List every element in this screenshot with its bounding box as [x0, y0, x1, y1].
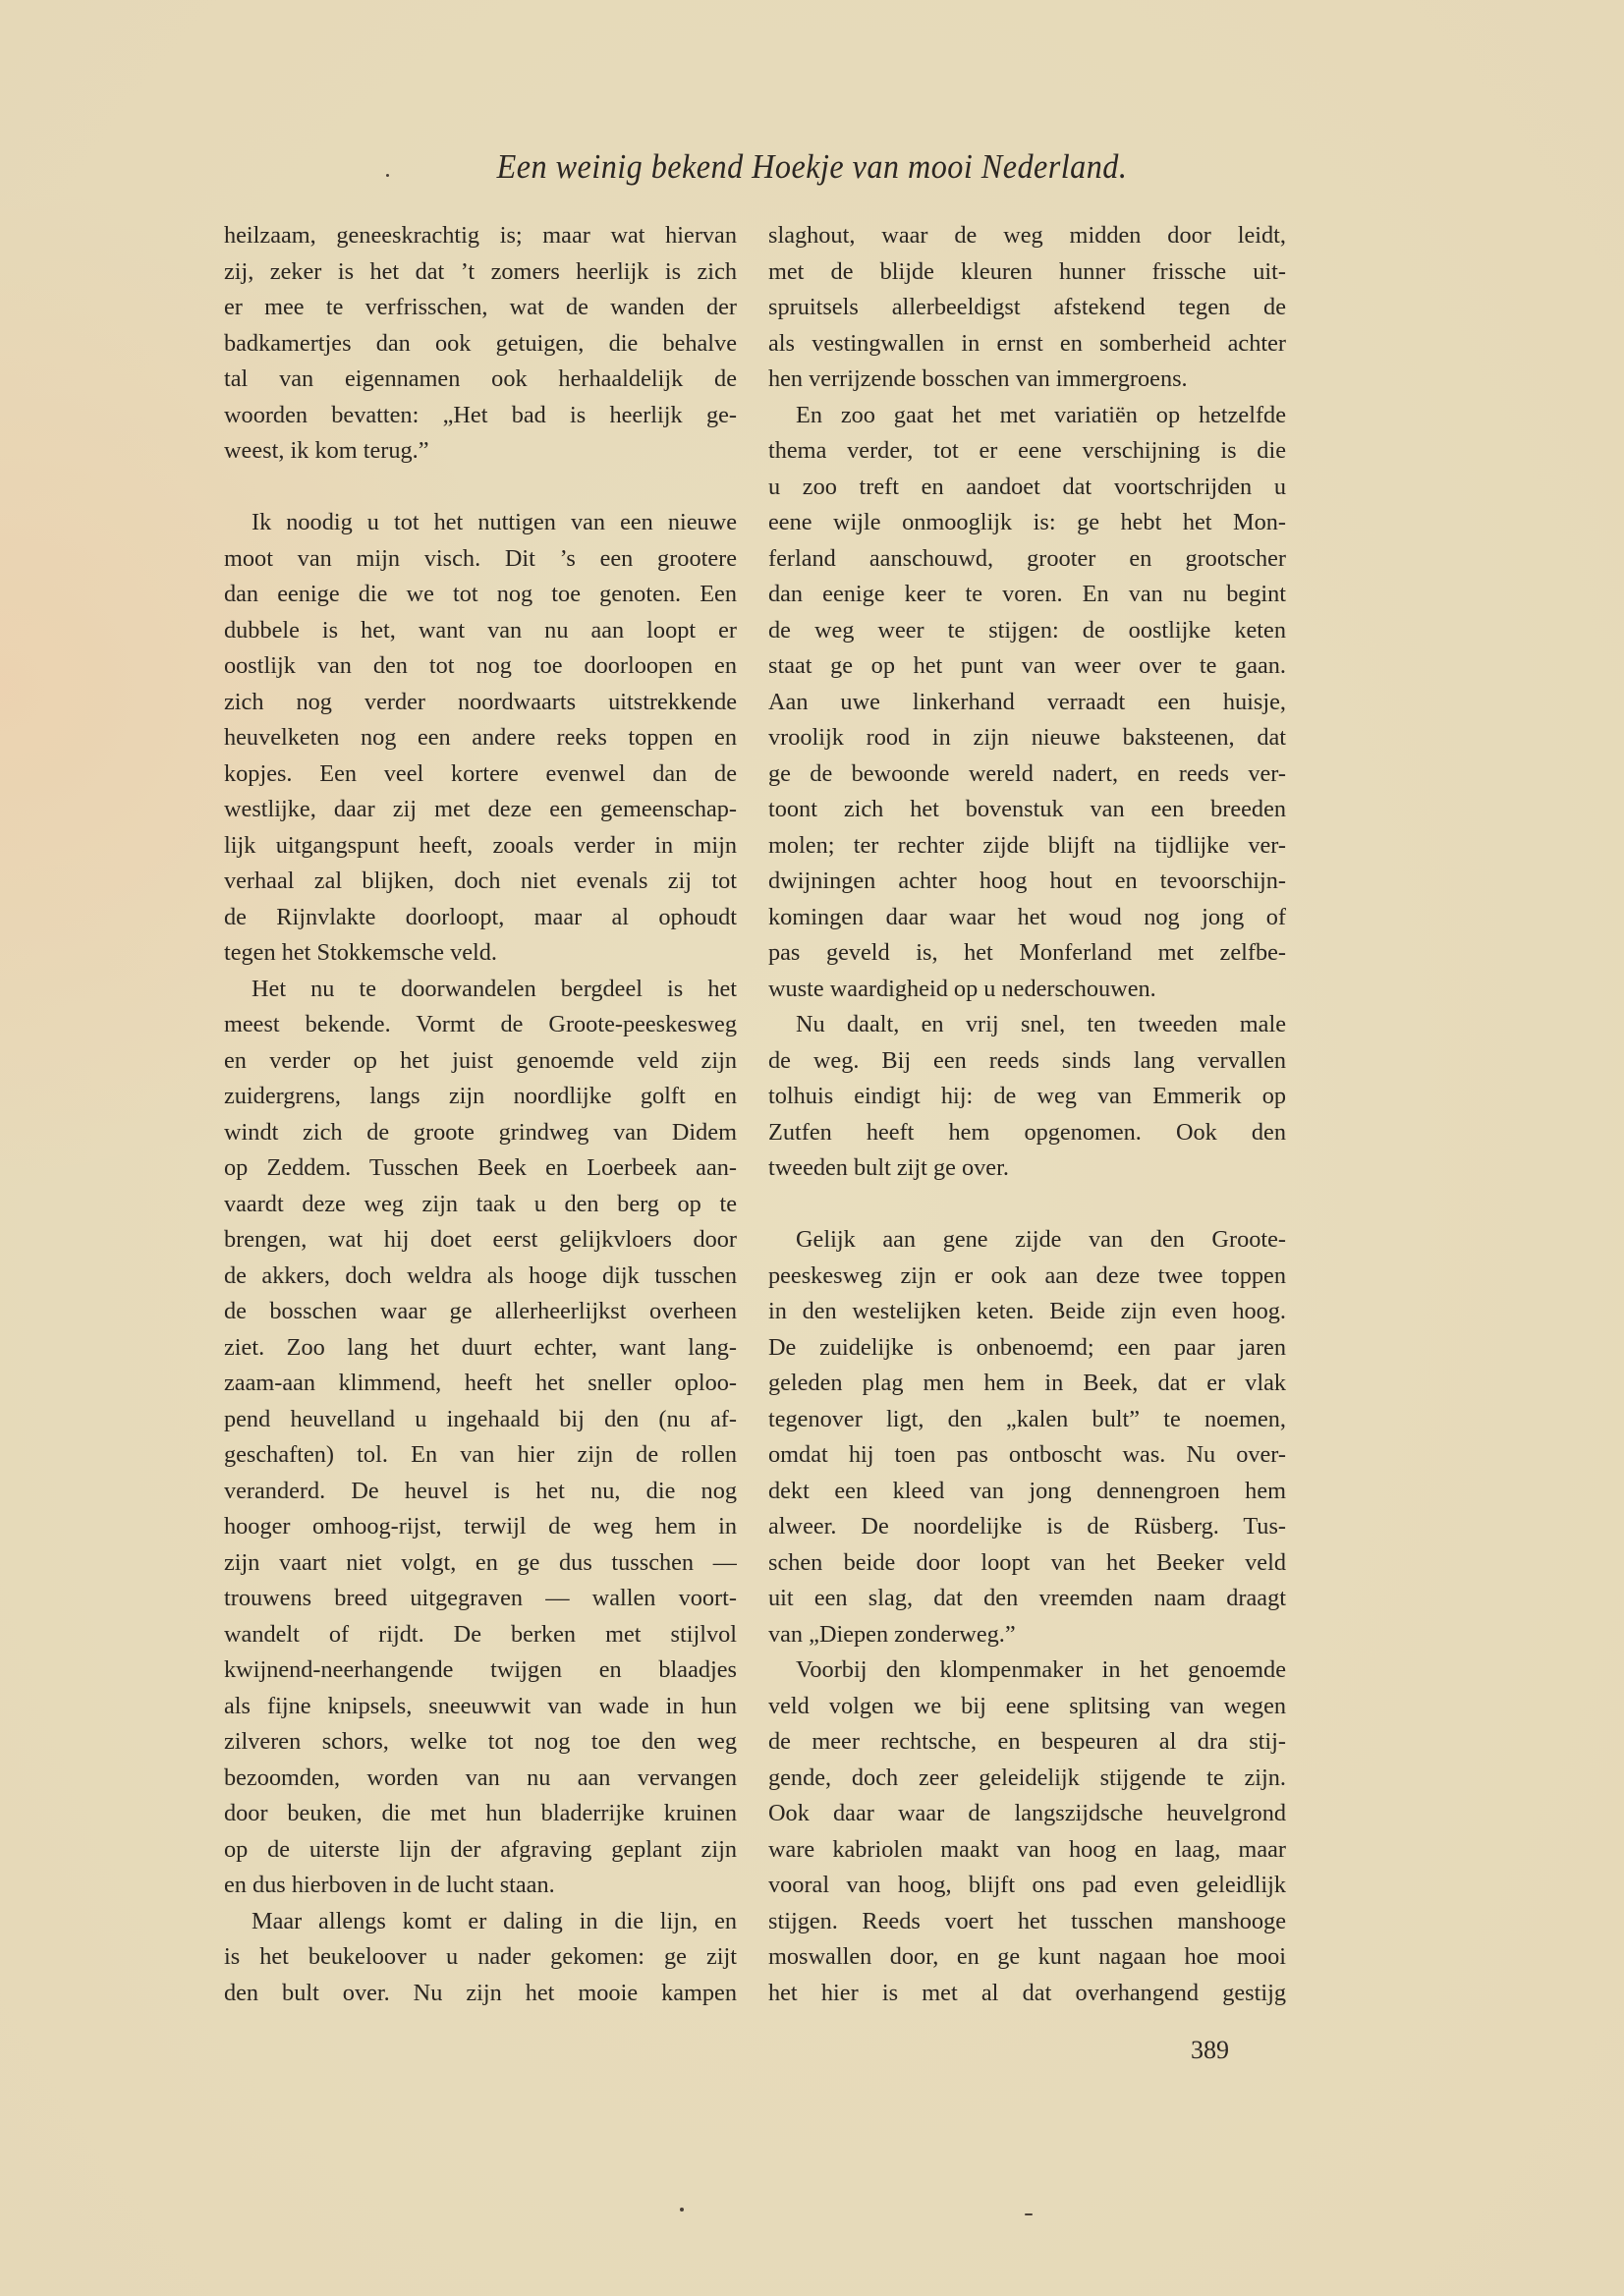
- text-line: u zoo treft en aandoet dat voortschrijde…: [768, 470, 1286, 506]
- text-line: de weg. Bij een reeds sinds lang vervall…: [768, 1043, 1286, 1080]
- text-line: als fijne knipsels, sneeuwwit van wade i…: [224, 1689, 737, 1725]
- text-line: tegen het Stokkemsche veld.: [224, 935, 737, 972]
- paragraph: Ik noodig u tot het nuttigen van een nie…: [224, 505, 737, 972]
- text-line: moswallen door, en ge kunt nagaan hoe mo…: [768, 1939, 1286, 1976]
- text-line: komingen daar waar het woud nog jong of: [768, 900, 1286, 936]
- text-line: het hier is met al dat overhangend gesti…: [768, 1976, 1286, 2012]
- text-line: weest, ik kom terug.”: [224, 433, 737, 470]
- text-line: als vestingwallen in ernst en somberheid…: [768, 326, 1286, 363]
- text-line: is het beukeloover u nader gekomen: ge z…: [224, 1939, 737, 1976]
- text-line: staat ge op het punt van weer over te ga…: [768, 648, 1286, 685]
- text-line: Aan uwe linkerhand verraadt een huisje,: [768, 685, 1286, 721]
- paragraph-gap: [224, 470, 737, 506]
- text-line: van „Diepen zonderweg.”: [768, 1617, 1286, 1653]
- paragraph: Gelijk aan gene zijde van den Groote-pee…: [768, 1222, 1286, 1652]
- running-title: Een weinig bekend Hoekje van mooi Nederl…: [65, 147, 1559, 187]
- paragraph: heilzaam, geneeskrachtig is; maar wat hi…: [224, 218, 737, 470]
- text-line: dan eenige keer te voren. En van nu begi…: [768, 577, 1286, 613]
- text-line: gende, doch zeer geleidelijk stijgende t…: [768, 1761, 1286, 1797]
- text-line: Maar allengs komt er daling in die lijn,…: [224, 1904, 737, 1940]
- text-line: zilveren schors, welke tot nog toe den w…: [224, 1724, 737, 1761]
- text-line: De zuidelijke is onbenoemd; een paar jar…: [768, 1330, 1286, 1367]
- text-line: toont zich het bovenstuk van een breeden: [768, 792, 1286, 828]
- text-line: vroolijk rood in zijn nieuwe baksteenen,…: [768, 720, 1286, 756]
- text-line: brengen, wat hij doet eerst gelijkvloers…: [224, 1222, 737, 1259]
- paragraph: Maar allengs komt er daling in die lijn,…: [224, 1904, 737, 2012]
- text-line: Nu daalt, en vrij snel, ten tweeden male: [768, 1007, 1286, 1043]
- text-line: bezoomden, worden van nu aan vervangen: [224, 1761, 737, 1797]
- text-line: de meer rechtsche, en bespeuren al dra s…: [768, 1724, 1286, 1761]
- text-line: slaghout, waar de weg midden door leidt,: [768, 218, 1286, 254]
- text-line: de Rijnvlakte doorloopt, maar al ophoudt: [224, 900, 737, 936]
- text-line: molen; ter rechter zijde blijft na tijdl…: [768, 828, 1286, 865]
- text-line: op Zeddem. Tusschen Beek en Loerbeek aan…: [224, 1150, 737, 1187]
- text-line: Voorbij den klompenmaker in het genoemde: [768, 1652, 1286, 1689]
- text-line: op de uiterste lijn der afgraving geplan…: [224, 1832, 737, 1869]
- text-line: en verder op het juist genoemde veld zij…: [224, 1043, 737, 1080]
- text-line: geleden plag men hem in Beek, dat er vla…: [768, 1366, 1286, 1402]
- text-line: tolhuis eindigt hij: de weg van Emmerik …: [768, 1079, 1286, 1115]
- text-line: dwijningen achter hoog hout en tevoorsch…: [768, 864, 1286, 900]
- text-line: wuste waardigheid op u nederschouwen.: [768, 972, 1286, 1008]
- text-line: stijgen. Reeds voert het tusschen mansho…: [768, 1904, 1286, 1940]
- text-line: Ook daar waar de langszijdsche heuvelgro…: [768, 1796, 1286, 1832]
- text-line: zuidergrens, langs zijn noordlijke golft…: [224, 1079, 737, 1115]
- text-line: kwijnend-neerhangende twijgen en blaadje…: [224, 1652, 737, 1689]
- page-number: 389: [1191, 2036, 1229, 2065]
- text-line: met de blijde kleuren hunner frissche ui…: [768, 254, 1286, 291]
- text-line: uit een slag, dat den vreemden naam draa…: [768, 1581, 1286, 1617]
- text-line: alweer. De noordelijke is de Rüsberg. Tu…: [768, 1509, 1286, 1545]
- text-line: thema verder, tot er eene verschijning i…: [768, 433, 1286, 470]
- text-line: omdat hij toen pas ontboscht was. Nu ove…: [768, 1437, 1286, 1474]
- paragraph: Het nu te doorwandelen bergdeel is hetme…: [224, 972, 737, 1904]
- text-line: en dus hierboven in de lucht staan.: [224, 1868, 737, 1904]
- text-line: verhaal zal blijken, doch niet evenals z…: [224, 864, 737, 900]
- text-line: zaam-aan klimmend, heeft het sneller opl…: [224, 1366, 737, 1402]
- text-line: vooral van hoog, blijft ons pad even gel…: [768, 1868, 1286, 1904]
- paragraph: Voorbij den klompenmaker in het genoemde…: [768, 1652, 1286, 2011]
- text-line: veranderd. De heuvel is het nu, die nog: [224, 1474, 737, 1510]
- text-line: wandelt of rijdt. De berken met stijlvol: [224, 1617, 737, 1653]
- text-line: Gelijk aan gene zijde van den Groote-: [768, 1222, 1286, 1259]
- text-line: den bult over. Nu zijn het mooie kampen: [224, 1976, 737, 2012]
- paragraph-gap: [768, 1187, 1286, 1223]
- text-line: in den westelijken keten. Beide zijn eve…: [768, 1294, 1286, 1330]
- text-line: vaardt deze weg zijn taak u den berg op …: [224, 1187, 737, 1223]
- text-column-left: heilzaam, geneeskrachtig is; maar wat hi…: [224, 218, 737, 2011]
- paper-speck: [1025, 2213, 1033, 2215]
- text-line: dubbele is het, want van nu aan loopt er: [224, 613, 737, 649]
- text-line: pend heuvelland u ingehaald bij den (nu …: [224, 1402, 737, 1438]
- text-line: En zoo gaat het met variatiën op hetzelf…: [768, 398, 1286, 434]
- text-line: Ik noodig u tot het nuttigen van een nie…: [224, 505, 737, 541]
- text-line: peeskesweg zijn er ook aan deze twee top…: [768, 1259, 1286, 1295]
- text-line: ziet. Zoo lang het duurt echter, want la…: [224, 1330, 737, 1367]
- text-line: eene wijle onmooglijk is: ge hebt het Mo…: [768, 505, 1286, 541]
- text-line: spruitsels allerbeeldigst afstekend tege…: [768, 290, 1286, 326]
- text-line: hooger omhoog-rijst, terwijl de weg hem …: [224, 1509, 737, 1545]
- text-line: meest bekende. Vormt de Groote-peeskeswe…: [224, 1007, 737, 1043]
- text-line: schen beide door loopt van het Beeker ve…: [768, 1545, 1286, 1582]
- text-line: tegenover ligt, den „kalen bult” te noem…: [768, 1402, 1286, 1438]
- text-line: geschaften) tol. En van hier zijn de rol…: [224, 1437, 737, 1474]
- text-line: zij, zeker is het dat ’t zomers heerlijk…: [224, 254, 737, 291]
- text-line: zich nog verder noordwaarts uitstrekkend…: [224, 685, 737, 721]
- text-line: pas geveld is, het Monferland met zelfbe…: [768, 935, 1286, 972]
- text-line: westlijke, daar zij met deze een gemeens…: [224, 792, 737, 828]
- text-line: ferland aanschouwd, grooter en grootsche…: [768, 541, 1286, 578]
- text-line: ge de bewoonde wereld nadert, en reeds v…: [768, 756, 1286, 793]
- text-column-right: slaghout, waar de weg midden door leidt,…: [768, 218, 1286, 2011]
- text-line: zijn vaart niet volgt, en ge dus tussche…: [224, 1545, 737, 1582]
- text-line: badkamertjes dan ook getuigen, die behal…: [224, 326, 737, 363]
- text-line: windt zich de groote grindweg van Didem: [224, 1115, 737, 1151]
- text-line: hen verrijzende bosschen van immergroens…: [768, 362, 1286, 398]
- text-line: Het nu te doorwandelen bergdeel is het: [224, 972, 737, 1008]
- paragraph: slaghout, waar de weg midden door leidt,…: [768, 218, 1286, 398]
- paper-speck: [386, 174, 389, 177]
- text-line: de bosschen waar ge allerheerlijkst over…: [224, 1294, 737, 1330]
- paragraph: En zoo gaat het met variatiën op hetzelf…: [768, 398, 1286, 1008]
- paper-speck: [680, 2208, 684, 2212]
- text-line: heilzaam, geneeskrachtig is; maar wat hi…: [224, 218, 737, 254]
- text-line: de weg weer te stijgen: de oostlijke ket…: [768, 613, 1286, 649]
- text-line: kopjes. Een veel kortere evenwel dan de: [224, 756, 737, 793]
- paragraph: Nu daalt, en vrij snel, ten tweeden male…: [768, 1007, 1286, 1187]
- text-line: heuvelketen nog een andere reeks toppen …: [224, 720, 737, 756]
- text-line: moot van mijn visch. Dit ’s een grootere: [224, 541, 737, 578]
- text-line: tal van eigennamen ook herhaaldelijk de: [224, 362, 737, 398]
- text-line: woorden bevatten: „Het bad is heerlijk g…: [224, 398, 737, 434]
- text-line: lijk uitgangspunt heeft, zooals verder i…: [224, 828, 737, 865]
- text-line: Zutfen heeft hem opgenomen. Ook den: [768, 1115, 1286, 1151]
- text-line: ware kabriolen maakt van hoog en laag, m…: [768, 1832, 1286, 1869]
- text-line: dekt een kleed van jong dennengroen hem: [768, 1474, 1286, 1510]
- text-line: dan eenige die we tot nog toe genoten. E…: [224, 577, 737, 613]
- text-line: door beuken, die met hun bladerrijke kru…: [224, 1796, 737, 1832]
- text-line: veld volgen we bij eene splitsing van we…: [768, 1689, 1286, 1725]
- text-line: de akkers, doch weldra als hooge dijk tu…: [224, 1259, 737, 1295]
- text-line: trouwens breed uitgegraven — wallen voor…: [224, 1581, 737, 1617]
- text-line: er mee te verfrisschen, wat de wanden de…: [224, 290, 737, 326]
- text-line: tweeden bult zijt ge over.: [768, 1150, 1286, 1187]
- text-line: oostlijk van den tot nog toe doorloopen …: [224, 648, 737, 685]
